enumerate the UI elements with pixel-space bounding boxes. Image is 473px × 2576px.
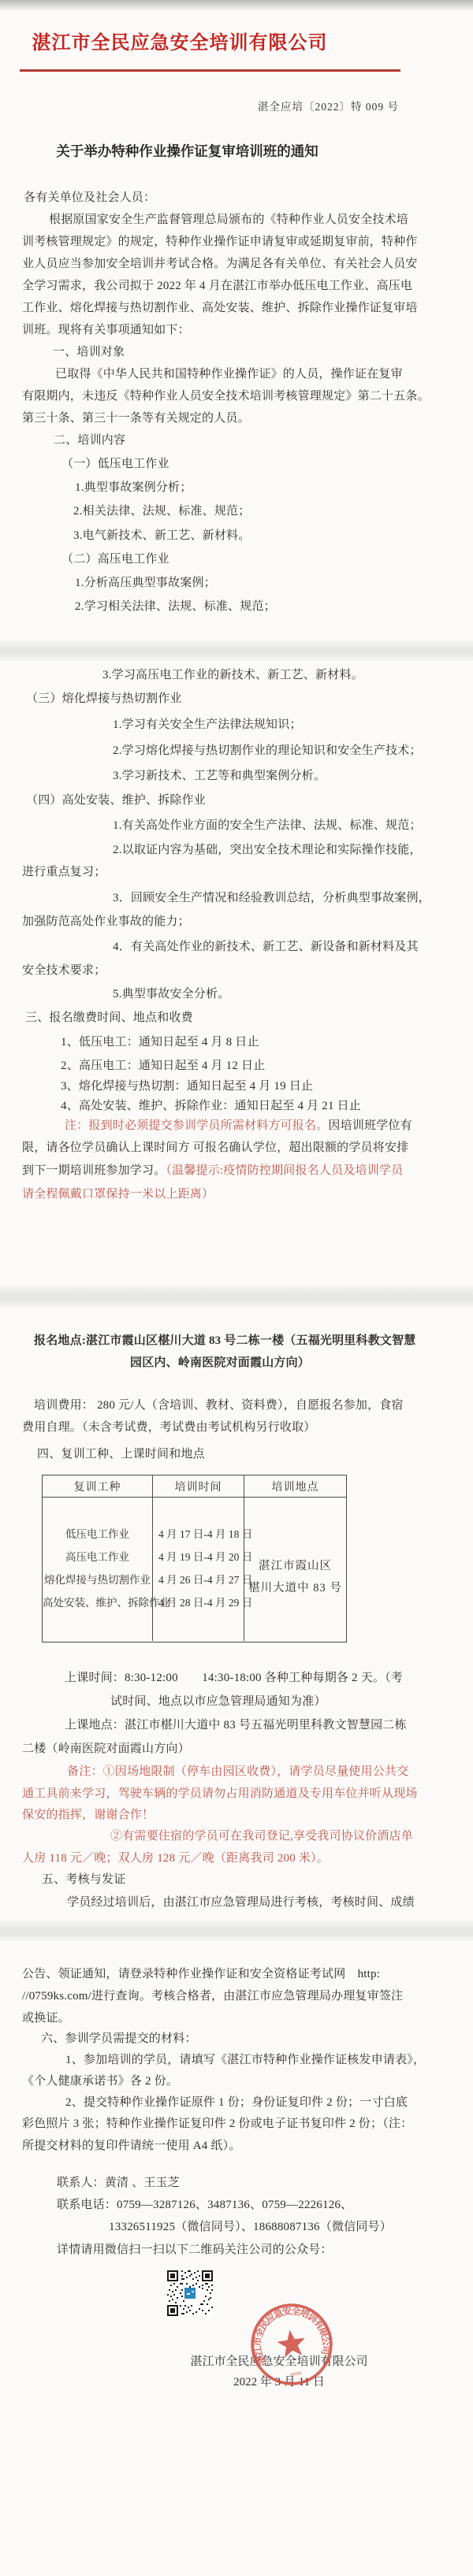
doc-line: （四）高处安装、维护、拆除作业 (26, 794, 206, 807)
doc-text: 人房 118 元／晚；双人房 128 元／晚（距离我司 200 米）。 (22, 1852, 329, 1865)
doc-text: 1.学习有关安全生产法律法规知识； (113, 718, 302, 731)
doc-line: 详情请用微信扫一扫以下二维码关注公司的公众号： (57, 2244, 333, 2257)
doc-line: 六、参训学员需提交的材料： (41, 2032, 197, 2046)
doc-line: 注：报到时必须提交参训学员所需材料方可报名。因培训班学位有 (65, 1119, 412, 1133)
training-date: 4 月 28 日-4 月 29 日 (158, 1591, 244, 1614)
doc-text: 培训费用： 280 元/人（含培训、教材、资料费），自愿报名参加，食宿 (34, 1399, 404, 1412)
letterhead-title: 湛江市全民应急安全培训有限公司 (0, 27, 359, 54)
doc-text: 1.典型事故案例分析； (75, 481, 192, 494)
doc-text: 4．有关高处作业的新技术、新工艺、新设备和新材料及其 (113, 941, 419, 953)
job-name: 低压电工作业 (43, 1523, 152, 1546)
doc-text: 二、培训内容 (54, 434, 125, 447)
doc-line: 各有关单位及社会人员： (24, 191, 155, 205)
document-number: 湛全应培〔2022〕特 009 号 (158, 98, 399, 113)
doc-text: 训考核管理规定》的规定，特种作业操作证申请复审或延期复审前，特种作 (22, 236, 418, 248)
doc-text: 2.相关法律、法规、标准、规范； (73, 505, 250, 518)
doc-line: 进行重点复习； (22, 866, 106, 879)
doc-line: 三、报名缴费时间、地点和收费 (25, 1011, 193, 1025)
doc-line: 根据原国家安全生产监督管理总局颁布的《特种作业人员安全技术培 (49, 213, 408, 227)
doc-line: 上课时间：8:30-12:00 14:30-18:00 各种工种每期各 2 天。… (65, 1672, 403, 1685)
doc-line: 4、高处安装、维护、拆除作业：通知日起至 4 月 21 日止 (61, 1100, 361, 1113)
doc-text: 或换证。 (22, 2012, 70, 2025)
notice-title: 关于举办特种作业操作证复审培训班的通知 (0, 141, 374, 161)
doc-line: 二楼（岭南医院对面霞山方向） (22, 1743, 190, 1756)
training-place-line: 椹川大道中 83 号 (244, 1577, 346, 1599)
doc-line: 训班。现将有关事项通知如下： (22, 324, 190, 337)
training-date: 4 月 26 日-4 月 27 日 (158, 1568, 244, 1591)
letterhead-rule (20, 69, 400, 72)
doc-text: 保安的指挥，谢谢合作！ (22, 1809, 154, 1821)
doc-line: 1.典型事故案例分析； (75, 481, 192, 495)
training-date: 4 月 19 日-4 月 20 日 (158, 1546, 244, 1568)
doc-text: 各有关单位及社会人员： (24, 191, 155, 204)
doc-text: 1、参加培训的学员，请填写《湛江市特种作业操作证核发申请表》， (65, 2054, 425, 2066)
doc-text: 2、提交特种作业操作证原件 1 份；身份证复印件 2 份；一寸白底 (65, 2096, 408, 2109)
doc-text: 4、高处安装、维护、拆除作业：通知日起至 4 月 21 日止 (61, 1100, 361, 1112)
doc-text: 通工具前来学习，驾驶车辆的学员请勿占用消防通道及专用车位并听从现场 (22, 1787, 418, 1800)
table-header-row: 复训工种 培训时间 培训地点 (43, 1475, 346, 1498)
training-date: 4 月 17 日-4 月 18 日 (158, 1523, 244, 1546)
doc-text: 四、复训工种、上课时间和地点 (37, 1448, 205, 1461)
doc-line: （二）高压电工作业 (61, 553, 169, 566)
doc-text-red: （温馨提示:疫情防控期间报名人员及培训学员 (166, 1164, 403, 1177)
doc-line: 上课地点：湛江市椹川大道中 83 号五福光明里科教文智慧园二栋 (65, 1719, 407, 1732)
doc-text: 5.典型事故安全分析。 (113, 988, 229, 1000)
doc-text: 业人员应当参加安全培训并考试合格。为满足各有关单位、有关社会人员安 (22, 258, 418, 270)
scan-top-edge (0, 0, 473, 11)
doc-line: 1.分析高压典型事故案例； (75, 577, 216, 590)
job-cell: 低压电工作业高压电工作业熔化焊接与热切割作业高处安装、维护、拆除作业 (43, 1498, 152, 1641)
doc-text: 报名地点:湛江市霞山区椹川大道 83 号二栋一楼（五福光明里科教文智慧 (34, 1334, 416, 1347)
doc-text: 2.以取证内容为基础，突出安全技术理论和实际操作技能， (113, 844, 422, 856)
doc-line: 加强防范高处作业事故的能力； (22, 915, 190, 929)
doc-text: （三）熔化焊接与热切割作业 (26, 692, 182, 705)
doc-line: 备注：①因场地限制（停车由园区收费），请学员尽量使用公共交 (67, 1765, 408, 1779)
col-header-time: 培训时间 (152, 1475, 244, 1497)
doc-text: （四）高处安装、维护、拆除作业 (26, 794, 206, 807)
doc-text: 1.分析高压典型事故案例； (75, 577, 216, 589)
doc-line: 费用自理。（未含考试费，考试费由考试机构另行收取） (22, 1421, 316, 1435)
doc-line: 报名地点:湛江市霞山区椹川大道 83 号二栋一楼（五福光明里科教文智慧 (34, 1334, 416, 1348)
doc-text: 2、高压电工：通知日起至 4 月 12 日止 (61, 1060, 265, 1072)
doc-line: 通工具前来学习，驾驶车辆的学员请勿占用消防通道及专用车位并听从现场 (22, 1787, 418, 1801)
doc-line: 3．回顾安全生产情况和经验教训总结，分析典型事故案例， (113, 892, 430, 905)
doc-line: 1.学习有关安全生产法律法规知识； (113, 718, 302, 732)
doc-line: 《个人健康承诺书》各 2 份。 (22, 2075, 178, 2088)
doc-text: 试时间、地点以市应急管理局通知为准） (110, 1695, 326, 1708)
doc-text: 联系电话：0759—3287126、3487136、0759—2226126、 (57, 2199, 352, 2211)
doc-text: 备注：①因场地限制（停车由园区收费），请学员尽量使用公共交 (67, 1765, 408, 1778)
doc-text: 安全技术要求； (22, 964, 106, 977)
doc-line: 业人员应当参加安全培训并考试合格。为满足各有关单位、有关社会人员安 (22, 258, 418, 271)
doc-line: 训考核管理规定》的规定，特种作业操作证申请复审或延期复审前，特种作 (22, 236, 418, 249)
doc-text: 彩色照片 3 张；特种作业操作证复印件 2 份或电子证书复印件 2 份；（注： (22, 2118, 412, 2130)
doc-text: 13326511925（微信同号）、18688087136（微信同号） (109, 2221, 392, 2233)
doc-text: 2.学习相关法律、法规、标准、规范； (75, 600, 276, 613)
doc-line: 1、参加培训的学员，请填写《湛江市特种作业操作证核发申请表》， (65, 2054, 425, 2067)
doc-text: 已取得《中华人民共和国特种作业操作证》的人员，操作证在复审 (55, 368, 403, 380)
doc-text: 二楼（岭南医院对面霞山方向） (22, 1743, 190, 1755)
doc-line: 试时间、地点以市应急管理局通知为准） (110, 1695, 326, 1709)
doc-text: 1、低压电工：通知日起至 4 月 8 日止 (61, 1036, 259, 1049)
doc-line: 保安的指挥，谢谢合作！ (22, 1809, 154, 1822)
doc-text: 因培训班学位有 (328, 1119, 412, 1132)
doc-text: 进行重点复习； (22, 866, 106, 878)
doc-line: 培训费用： 280 元/人（含培训、教材、资料费），自愿报名参加，食宿 (34, 1399, 404, 1412)
page-break-2 (0, 1286, 473, 1307)
doc-line: 3.电气新技术、新工艺、新材料。 (73, 529, 250, 543)
doc-text: 五、考核与发证 (42, 1873, 125, 1886)
doc-text: 上课地点：湛江市椹川大道中 83 号五福光明里科教文智慧园二栋 (65, 1719, 407, 1732)
doc-line: 到下一期培训班参加学习。（温馨提示:疫情防控期间报名人员及培训学员 (22, 1164, 403, 1178)
doc-line: 1.有关高处作业方面的安全生产法律、法规、标准、规范； (113, 819, 422, 833)
place-cell: 湛江市霞山区椹川大道中 83 号 (244, 1498, 346, 1641)
doc-text: 学员经过培训后，由湛江市应急管理局进行考核，考核时间、成绩 (67, 1896, 415, 1909)
doc-line: 安全技术要求； (22, 964, 106, 978)
doc-line: 四、复训工种、上课时间和地点 (37, 1448, 205, 1461)
doc-line: 第三十条、第三十一条等有关规定的人员。 (22, 412, 250, 425)
col-header-place: 培训地点 (244, 1475, 346, 1497)
doc-text: 根据原国家安全生产监督管理总局颁布的《特种作业人员安全技术培 (49, 213, 408, 226)
doc-line: 人房 118 元／晚；双人房 128 元／晚（距离我司 200 米）。 (22, 1852, 329, 1865)
doc-text: 第三十条、第三十一条等有关规定的人员。 (22, 412, 250, 425)
doc-line: 2、高压电工：通知日起至 4 月 12 日止 (61, 1060, 265, 1073)
doc-text: 限，请各位学员确认上课时间方 可报名确认学位，超出限额的学员将安排 (22, 1141, 408, 1154)
page-break-3 (0, 1921, 473, 1941)
doc-text: 有限期内，未违反《特种作业人员安全技术培训考核管理规定》第二十五条。 (22, 390, 430, 403)
doc-line: 联系电话：0759—3287126、3487136、0759—2226126、 (57, 2199, 352, 2212)
doc-text: 到下一期培训班参加学习。 (22, 1164, 166, 1177)
doc-text: 《个人健康承诺书》各 2 份。 (22, 2075, 178, 2088)
doc-line: 2.以取证内容为基础，突出安全技术理论和实际操作技能， (113, 844, 422, 857)
doc-line: 全学习需求，我公司拟于 2022 年 4 月在湛江市举办低压电工作业、高压电 (22, 280, 412, 293)
doc-text: 3.电气新技术、新工艺、新材料。 (73, 529, 250, 542)
doc-text: 3．回顾安全生产情况和经验教训总结，分析典型事故案例， (113, 892, 430, 904)
doc-line: 请全程佩戴口罩保持一米以上距离） (22, 1188, 214, 1201)
doc-line: 3.学习高压电工作业的新技术、新工艺、新材料。 (102, 669, 363, 682)
doc-text: 1.有关高处作业方面的安全生产法律、法规、标准、规范； (113, 819, 422, 832)
doc-text: 全学习需求，我公司拟于 2022 年 4 月在湛江市举办低压电工作业、高压电 (22, 280, 412, 292)
doc-line: 学员经过培训后，由湛江市应急管理局进行考核，考核时间、成绩 (67, 1896, 415, 1910)
table-body-row: 低压电工作业高压电工作业熔化焊接与热切割作业高处安装、维护、拆除作业 4 月 1… (43, 1498, 346, 1641)
page-break-1 (0, 640, 473, 661)
doc-line: 二、培训内容 (54, 434, 125, 447)
doc-text: 3、熔化焊接与热切割：通知日起至 4 月 19 日止 (61, 1080, 313, 1093)
doc-line: 2.学习熔化焊接与热切割作业的理论知识和安全生产技术； (113, 744, 422, 758)
doc-line: （三）熔化焊接与热切割作业 (26, 692, 182, 706)
doc-text: 请全程佩戴口罩保持一米以上距离） (22, 1188, 214, 1201)
wechat-qr-code (167, 2270, 213, 2316)
job-name: 高处安装、维护、拆除作业 (43, 1591, 152, 1614)
doc-line: 一、培训对象 (53, 346, 125, 359)
doc-line: 彩色照片 3 张；特种作业操作证复印件 2 份或电子证书复印件 2 份；（注： (22, 2118, 412, 2131)
doc-text: 3.学习高压电工作业的新技术、新工艺、新材料。 (102, 669, 363, 681)
job-name: 熔化焊接与热切割作业 (43, 1568, 152, 1591)
doc-line: 所提交材料的复印件请统一使用 A4 纸）。 (22, 2140, 241, 2153)
doc-line: 5.典型事故安全分析。 (113, 988, 229, 1001)
doc-text: 园区内、岭南医院对面霞山方向） (130, 1357, 310, 1369)
doc-text: ②有需要住宿的学员可在我司登记,享受我司协议价酒店单 (110, 1830, 413, 1843)
col-header-job: 复训工种 (43, 1475, 152, 1497)
doc-text-red: 注：报到时必须提交参训学员所需材料方可报名。 (65, 1119, 328, 1132)
doc-text: 加强防范高处作业事故的能力； (22, 915, 190, 928)
doc-line: 3.学习新技术、工艺等和典型案例分析。 (113, 770, 326, 783)
doc-line: 2、提交特种作业操作证原件 1 份；身份证复印件 2 份；一寸白底 (65, 2096, 408, 2110)
doc-line: 2.相关法律、法规、标准、规范； (73, 505, 250, 518)
doc-text: 上课时间：8:30-12:00 14:30-18:00 各种工种每期各 2 天。… (65, 1672, 403, 1684)
doc-text: 详情请用微信扫一扫以下二维码关注公司的公众号： (57, 2244, 333, 2256)
doc-line: 4．有关高处作业的新技术、新工艺、新设备和新材料及其 (113, 941, 419, 954)
doc-text: 3.学习新技术、工艺等和典型案例分析。 (113, 770, 326, 782)
training-place-line: 湛江市霞山区 (244, 1555, 346, 1577)
doc-line: ②有需要住宿的学员可在我司登记,享受我司协议价酒店单 (110, 1830, 413, 1843)
doc-text: （二）高压电工作业 (61, 553, 169, 566)
doc-text: 所提交材料的复印件请统一使用 A4 纸）。 (22, 2140, 241, 2152)
doc-line: 2.学习相关法律、法规、标准、规范； (75, 600, 276, 614)
doc-text: 一、培训对象 (53, 346, 125, 358)
doc-line: 工作业、熔化焊接与热切割作业、高处安装、维护、拆除作业操作证复审培 (22, 302, 418, 315)
doc-line: 已取得《中华人民共和国特种作业操作证》的人员，操作证在复审 (55, 368, 403, 381)
doc-line: （一）低压电工作业 (61, 458, 169, 471)
doc-text: （一）低压电工作业 (61, 458, 169, 470)
doc-line: 园区内、岭南医院对面霞山方向） (130, 1357, 310, 1370)
doc-text: 2.学习熔化焊接与热切割作业的理论知识和安全生产技术； (113, 744, 422, 757)
doc-line: 公告、领证通知，请登录特种作业操作证和安全资格证考试网 http: (22, 1968, 380, 1981)
document-page: 湛江市全民应急安全培训有限公司 湛全应培〔2022〕特 009 号 关于举办特种… (0, 0, 473, 2576)
doc-text: 费用自理。（未含考试费，考试费由考试机构另行收取） (22, 1421, 316, 1434)
doc-text: 训班。现将有关事项通知如下： (22, 324, 190, 336)
doc-text: //0759ks.com/进行查询。考核合格者，由湛江市应急管理局办理复审签注 (22, 1990, 403, 2003)
doc-text: 联系人：黄清 、王玉芝 (57, 2177, 180, 2189)
doc-line: 限，请各位学员确认上课时间方 可报名确认学位，超出限额的学员将安排 (22, 1141, 408, 1155)
company-seal: 湛江市全民应急安全培训有限公司 44080 (244, 2296, 340, 2392)
doc-text: 六、参训学员需提交的材料： (41, 2032, 197, 2045)
doc-line: 1、低压电工：通知日起至 4 月 8 日止 (61, 1036, 259, 1049)
job-name: 高压电工作业 (43, 1546, 152, 1568)
seal-star (276, 2328, 307, 2359)
doc-line: 13326511925（微信同号）、18688087136（微信同号） (109, 2221, 392, 2234)
doc-text: 工作业、熔化焊接与热切割作业、高处安装、维护、拆除作业操作证复审培 (22, 302, 418, 314)
doc-line: 联系人：黄清 、王玉芝 (57, 2177, 180, 2190)
doc-line: //0759ks.com/进行查询。考核合格者，由湛江市应急管理局办理复审签注 (22, 1990, 403, 2003)
doc-text: 三、报名缴费时间、地点和收费 (25, 1011, 193, 1024)
doc-line: 3、熔化焊接与热切割：通知日起至 4 月 19 日止 (61, 1080, 313, 1093)
doc-line: 或换证。 (22, 2012, 70, 2025)
training-schedule-table: 复训工种 培训时间 培训地点 低压电工作业高压电工作业熔化焊接与热切割作业高处安… (42, 1475, 347, 1642)
doc-line: 五、考核与发证 (42, 1873, 125, 1887)
seal-code: 44080 (290, 2371, 302, 2377)
time-cell: 4 月 17 日-4 月 18 日4 月 19 日-4 月 20 日4 月 26… (152, 1498, 244, 1641)
doc-text: 公告、领证通知，请登录特种作业操作证和安全资格证考试网 http: (22, 1968, 380, 1980)
doc-line: 有限期内，未违反《特种作业人员安全技术培训考核管理规定》第二十五条。 (22, 390, 430, 403)
